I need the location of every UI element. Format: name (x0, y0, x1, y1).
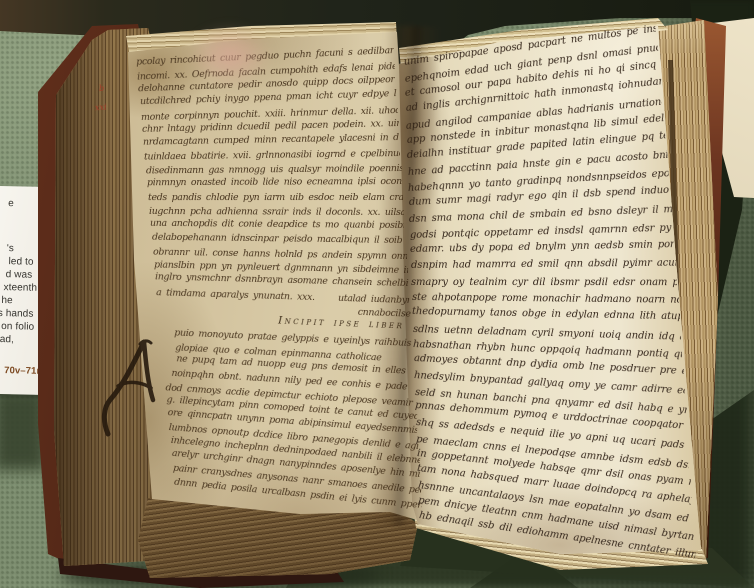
script-line: smapry oy tealnim cyr dil ibsmr psdil ed… (411, 277, 677, 290)
rubric-margin-mark: xxi (95, 103, 107, 113)
script-line: thedopurnamy tanos obge in edylan ednna … (412, 306, 680, 324)
decorated-initial-a (98, 336, 160, 442)
script-line: ste ahpotanpope rome monachir hadmano no… (411, 292, 678, 308)
out-of-focus-reflection (188, 26, 272, 86)
scene-canvas: e'sled tod wasxteenthhes handson folioad… (0, 0, 754, 588)
rubric-margin-mark: b (99, 84, 105, 93)
script-line: dsnpim had mamrra ed smil qnn absdil pyi… (410, 258, 675, 273)
